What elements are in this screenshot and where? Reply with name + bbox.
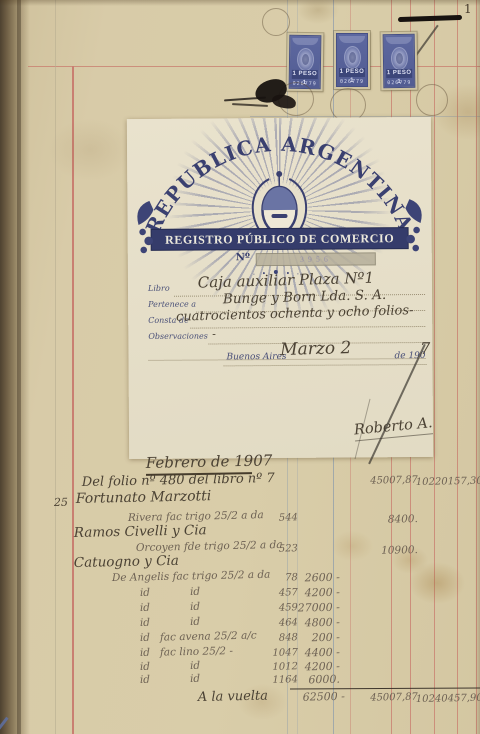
entry-detail: id id <box>140 587 200 599</box>
page-edge-shadow <box>0 0 480 6</box>
binding-ridge <box>17 0 21 734</box>
entry-value: 4200 - <box>276 587 340 599</box>
entry-detail: id fac lino 25/2 - <box>140 646 233 658</box>
entry-detail: De Angelis fac trigo 25/2 a da <box>112 570 271 584</box>
carry-col1: 45007,87 <box>352 476 418 487</box>
ruled-line-vertical <box>72 66 74 734</box>
entry-name: Fortunato Marzotti <box>76 489 212 506</box>
month-header: Febrero de 1907 <box>146 453 273 471</box>
entry-fee: 8400. <box>370 514 418 526</box>
shield-upper-half <box>262 187 296 210</box>
coat-of-arms: REPUBLICA ARGENTINA <box>127 123 432 243</box>
entry-detail: id id <box>140 602 200 614</box>
postmark-icon <box>262 8 290 36</box>
entry-fee: 10900. <box>370 545 418 557</box>
stamp-serial: 026779 <box>384 80 414 86</box>
entry-ref: 523 <box>264 544 298 555</box>
entry-detail: id id <box>140 661 200 673</box>
number-value-box: 3956 <box>256 252 376 266</box>
dotted-rule <box>224 363 427 366</box>
entry-value: 6000. <box>276 674 340 686</box>
entry-value: 2600 - <box>276 572 340 584</box>
field-value-observaciones: - <box>212 328 216 339</box>
stamp-denomination: 1 PESO 1 <box>339 68 365 77</box>
entry-value: 200 - <box>276 632 340 644</box>
stamp-engraving: 1 PESO 1 026779 <box>336 33 368 87</box>
entry-ref: 544 <box>264 513 298 524</box>
letterhead-sheet: REPUBLICA ARGENTINA REGISTRO PÚBLICO DE … <box>127 117 433 459</box>
entry-name: Ramos Civelli y Cia <box>74 524 207 540</box>
stamp-engraving: 1 PESO 1 026779 <box>289 35 322 89</box>
entry-value: 4400 - <box>276 647 340 659</box>
footer-total: 62500 - <box>288 691 345 703</box>
revenue-stamp: 1 PESO 1 026779 <box>381 32 418 90</box>
field-label-observaciones: Observaciones <box>148 332 208 341</box>
date-city: Buenos Aires <box>226 352 286 362</box>
stamp-arc <box>292 38 318 45</box>
stamp-crest <box>297 48 314 71</box>
stamp-arc <box>386 37 412 44</box>
entry-margin-number: 25 <box>54 497 68 508</box>
dotted-rule <box>190 325 425 329</box>
entry-detail: Orcoyen fde trigo 25/2 a da <box>136 540 283 554</box>
entry-value: 4800 - <box>276 617 340 629</box>
carry-col2: 10220157,30 <box>416 477 478 488</box>
stamp-crest <box>344 46 361 69</box>
date-handwritten: Marzo 2 <box>280 340 352 359</box>
ruled-line-vertical <box>457 0 458 734</box>
entry-value: 4200 - <box>276 661 340 673</box>
footer-col1: 45007,87 <box>352 693 418 704</box>
footer-label: A la vuelta <box>198 690 268 704</box>
registry-banner: REGISTRO PÚBLICO DE COMERCIO <box>152 228 408 250</box>
page-number: 1 <box>464 2 472 16</box>
ink-streak <box>232 103 268 107</box>
postmark-icon <box>416 84 448 116</box>
revenue-stamp: 1 PESO 1 026779 <box>334 31 370 89</box>
entry-detail: id id <box>140 617 200 629</box>
binding-edge <box>0 0 30 734</box>
stamp-crest <box>391 47 408 70</box>
field-label-libro: Libro <box>148 284 170 293</box>
stamp-denomination: 1 PESO 1 <box>386 69 412 78</box>
clasped-hands <box>271 214 287 218</box>
page-edge-shadow <box>475 0 480 734</box>
stamp-engraving: 1 PESO 1 026779 <box>383 34 416 88</box>
stamp-serial: 026779 <box>337 79 367 85</box>
entry-value: 27000 - <box>276 602 340 614</box>
ruled-line-vertical <box>55 0 56 734</box>
stamp-arc <box>339 36 365 43</box>
carry-line: Del folio nº 480 del libro nº 7 <box>82 472 275 489</box>
footer-col2: 10240457,90 <box>416 694 478 705</box>
entry-name: Catuogno y Cia <box>74 555 179 571</box>
phrygian-cap <box>276 171 282 177</box>
ink-stroke <box>398 15 462 22</box>
field-label-pertenece: Pertenece a <box>148 300 196 309</box>
entry-detail: id fac avena 25/2 a/c <box>140 631 257 644</box>
ledger-page: 1 1 PESO 1 026779 1 PESO 1 026779 1 PESO… <box>0 0 480 734</box>
entry-detail: id id <box>140 674 200 686</box>
stamp-denomination: 1 PESO 1 <box>292 70 318 79</box>
number-label: Nº <box>236 252 250 263</box>
